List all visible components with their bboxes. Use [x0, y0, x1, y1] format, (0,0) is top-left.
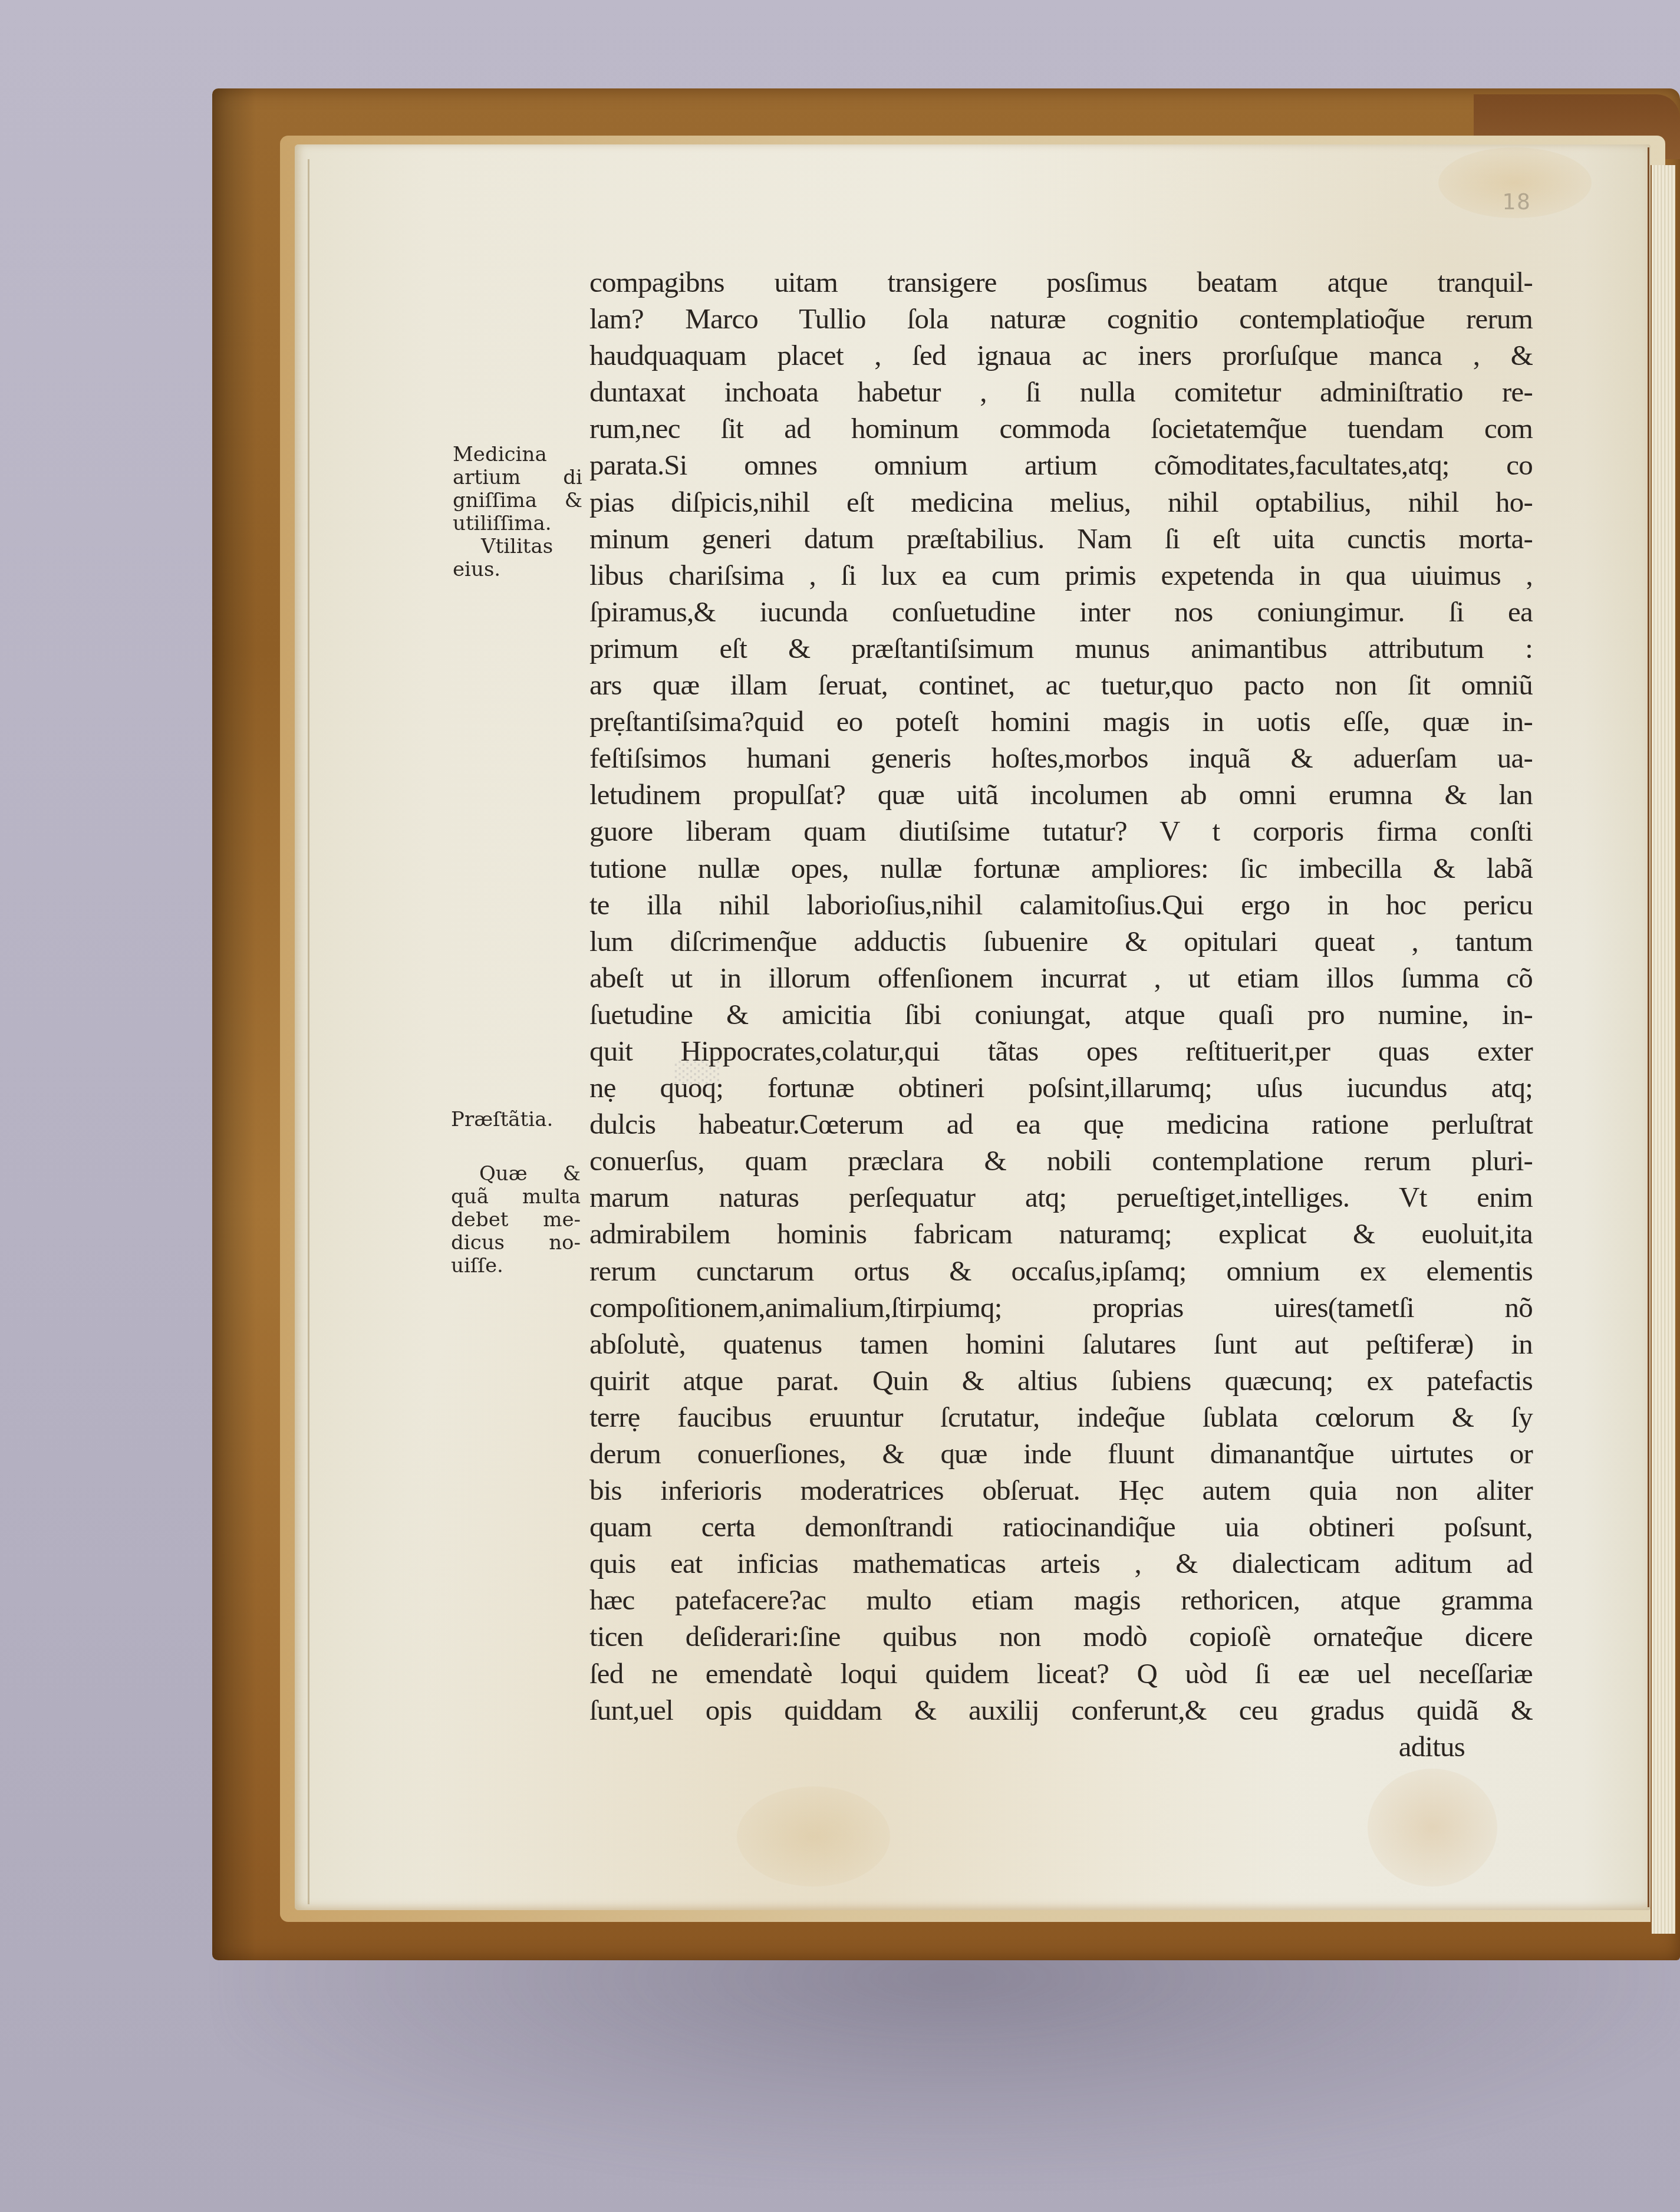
text-line: duntaxat inchoata habetur , ſi nulla com…	[589, 374, 1533, 410]
text-line: haudquaquam placet , ſed ignaua ac iners…	[589, 337, 1533, 374]
text-line: derum conuerſiones, & quæ inde fluunt di…	[589, 1436, 1533, 1472]
text-line: dulcis habeatur.Cœterum ad ea quẹ medici…	[589, 1106, 1533, 1143]
text-line: rerum cunctarum ortus & occaſus,ipſamq; …	[589, 1253, 1533, 1289]
text-line: bis inferioris moderatrices obſeruat. Hẹ…	[589, 1472, 1533, 1509]
margin-line: uiſſe.	[451, 1255, 581, 1278]
margin-note-quae-multa: Quæ & quã multa debet me- dicus no- uiſſ…	[451, 1163, 581, 1278]
foxing-stain	[1368, 1769, 1497, 1887]
margin-line: Quæ &	[451, 1163, 581, 1186]
text-line: abeſt ut in illorum offenſionem incurrat…	[589, 960, 1533, 996]
text-line: compagibns uitam transigere posſimus bea…	[589, 264, 1533, 301]
folio-number: 18	[1502, 189, 1531, 215]
text-line: ſunt,uel opis quiddam & auxilij conferun…	[589, 1692, 1533, 1729]
text-line: prẹſtantiſsima?quid eo poteſt homini mag…	[589, 703, 1533, 740]
text-line: ſpiramus,& iucunda conſuetudine inter no…	[589, 594, 1533, 630]
text-line: guore liberam quam diutiſsime tutatur? V…	[589, 813, 1533, 850]
text-line: terrẹ faucibus eruuntur ſcrutatur, indeq…	[589, 1399, 1533, 1436]
text-line: conuerſus, quam præclara & nobili contem…	[589, 1143, 1533, 1179]
text-line: marum naturas perſequatur atq; perueſtig…	[589, 1179, 1533, 1216]
margin-line: debet me-	[451, 1209, 581, 1232]
text-line: feſtiſsimos humani generis hoſtes,morbos…	[589, 740, 1533, 776]
catchword: aditus	[589, 1729, 1533, 1765]
margin-line: Præſtãtia.	[451, 1108, 581, 1131]
margin-line: quã multa	[451, 1186, 581, 1209]
text-line: quam certa demonſtrandi ratiocinandiq̃ue…	[589, 1509, 1533, 1545]
text-line: tutione nullæ opes, nullæ fortunæ amplio…	[589, 850, 1533, 887]
page-edge	[1648, 147, 1649, 1907]
text-line: abſolutè, quatenus tamen homini ſalutare…	[589, 1326, 1533, 1362]
margin-line: Medicina	[453, 443, 582, 466]
text-line: lam? Marco Tullio ſola naturæ cognitio c…	[589, 301, 1533, 337]
margin-line: artium di	[453, 466, 582, 489]
foxing-stain	[737, 1786, 890, 1887]
gutter-line	[308, 159, 309, 1904]
text-line: libus chariſsima , ſi lux ea cum primis …	[589, 557, 1533, 594]
page-stack-edge	[1651, 165, 1675, 1934]
text-line: hæc patefacere?ac multo etiam magis reth…	[589, 1582, 1533, 1618]
text-line: quis eat inficias mathematicas arteis , …	[589, 1545, 1533, 1582]
margin-line: Vtilitas	[453, 535, 582, 558]
book-shadow	[224, 1928, 1680, 2175]
text-line: ticen deſiderari:ſine quibus non modò co…	[589, 1618, 1533, 1655]
text-line: letudinem propulſat? quæ uitã incolumen …	[589, 776, 1533, 813]
text-line: ars quæ illam ſeruat, continet, ac tuetu…	[589, 667, 1533, 703]
text-line: quirit atque parat. Quin & altius ſubien…	[589, 1362, 1533, 1399]
text-line: lum diſcrimenq̃ue adductis ſubuenire & o…	[589, 923, 1533, 960]
margin-line: eius.	[453, 558, 582, 581]
text-line: nẹ quoq; fortunæ obtineri poſsint,illaru…	[589, 1069, 1533, 1106]
margin-line: gniſſima &	[453, 489, 582, 512]
margin-note-praestantia: Præſtãtia.	[451, 1108, 581, 1131]
text-line: quit Hippocrates,colatur,qui tãtas opes …	[589, 1033, 1533, 1069]
text-line: te illa nihil laborioſius,nihil calamito…	[589, 887, 1533, 923]
margin-note-medicina: Medicina artium di gniſſima & utiliſſima…	[453, 443, 582, 581]
text-line: compoſitionem,animalium,ſtirpiumq; propr…	[589, 1289, 1533, 1326]
text-line: pias diſpicis,nihil eſt medicina melius,…	[589, 484, 1533, 521]
text-line: admirabilem hominis fabricam naturamq; e…	[589, 1216, 1533, 1252]
text-line: minum generi datum præſtabilius. Nam ſi …	[589, 521, 1533, 557]
margin-line: utiliſſima.	[453, 512, 582, 535]
text-line: primum eſt & præſtantiſsimum munus anima…	[589, 630, 1533, 667]
text-line: parata.Si omnes omnium artium cõmoditate…	[589, 447, 1533, 483]
text-line: rum,nec ſit ad hominum commoda ſocietate…	[589, 410, 1533, 447]
body-text: compagibns uitam transigere posſimus bea…	[589, 264, 1533, 1765]
margin-line: dicus no-	[451, 1232, 581, 1255]
text-line: ſuetudine & amicitia ſibi coniungat, atq…	[589, 996, 1533, 1033]
text-line: ſed ne emendatè loqui quidem liceat? Q u…	[589, 1655, 1533, 1692]
